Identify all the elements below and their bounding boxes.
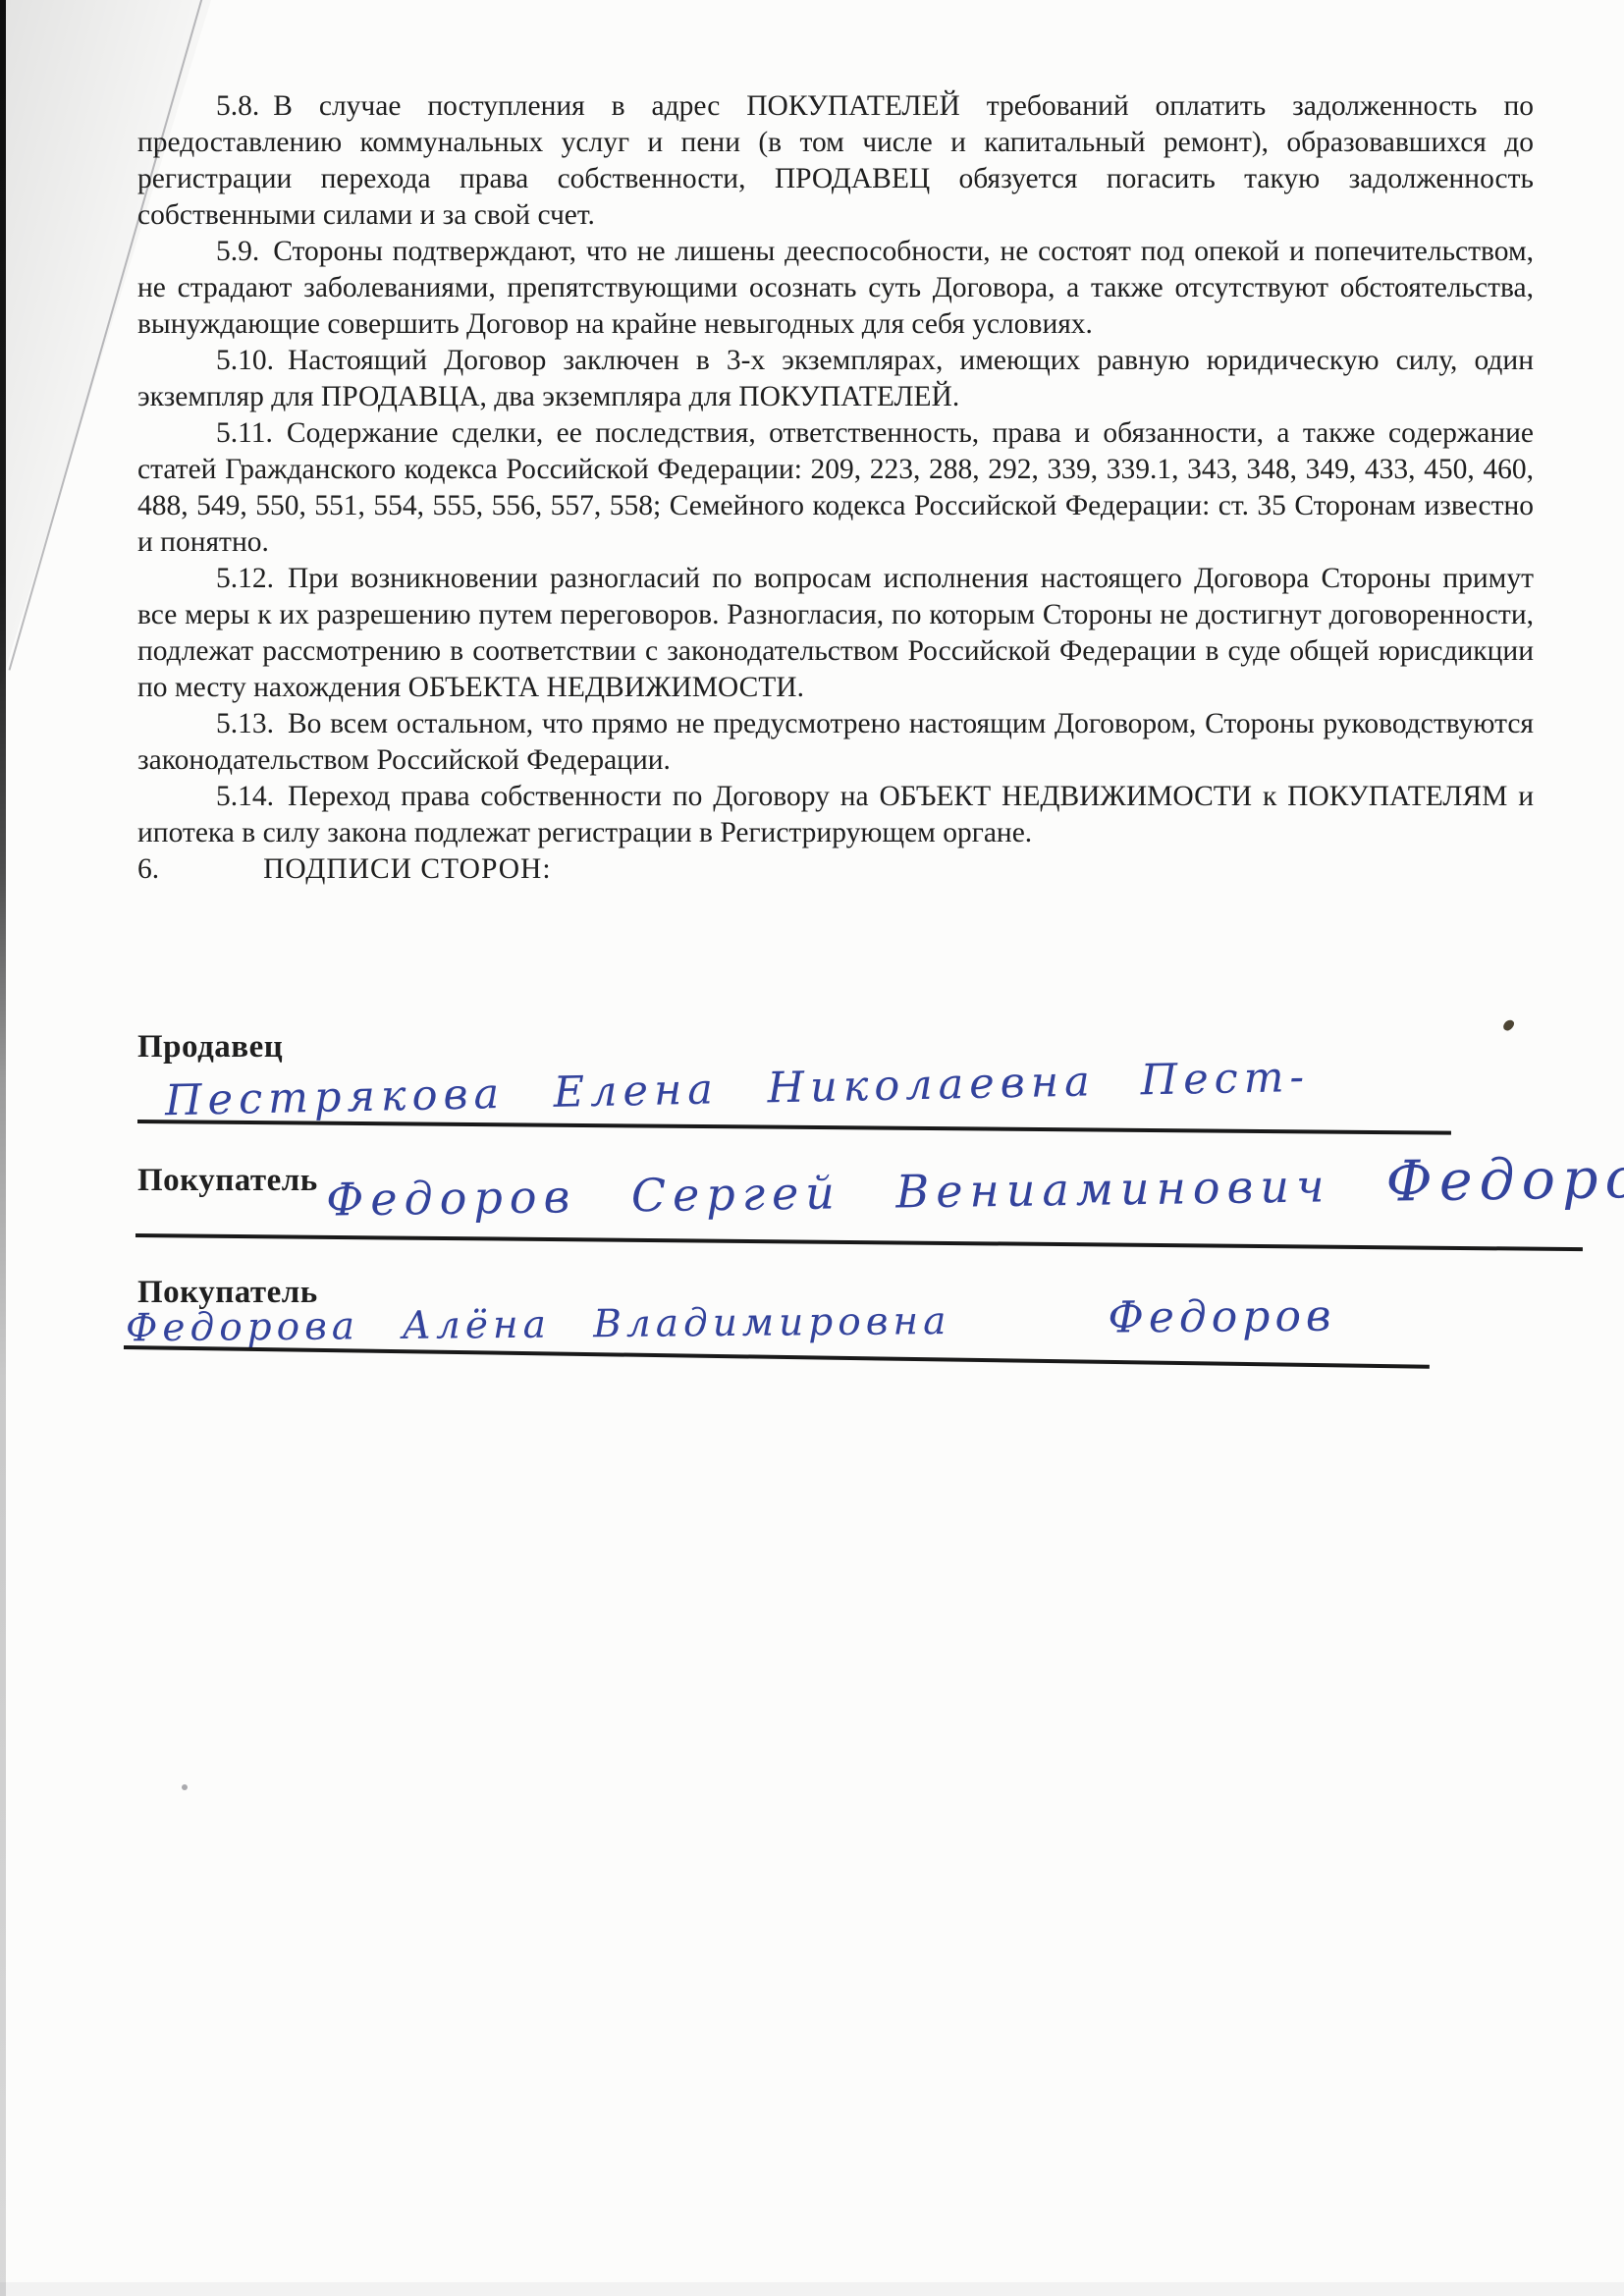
clause-5-10: 5.10.Настоящий Договор заключен в 3-х эк… [137, 343, 1534, 415]
ink-speck [182, 1784, 188, 1790]
section-title: ПОДПИСИ СТОРОН: [263, 853, 551, 885]
seller-handwritten-signature: Пестрякова Елена НиколаевнаПест- [165, 1053, 1311, 1125]
seller-role-label: Продавец [137, 1029, 283, 1066]
section-number: 6. [137, 853, 159, 885]
clause-text: Стороны подтверждают, что не лишены деес… [137, 236, 1534, 340]
clause-number: 5.9. [216, 236, 259, 267]
buyer1-signature-line [135, 1233, 1583, 1251]
clause-number: 5.8. [216, 90, 259, 122]
clause-number: 5.13. [216, 708, 274, 739]
seller-signature-paraph: Пест- [1140, 1053, 1310, 1106]
clause-number: 5.14. [216, 781, 274, 812]
clause-text: Переход права собственности по Договору … [137, 781, 1534, 848]
ink-speck [1501, 1018, 1515, 1033]
clause-text: При возникновении разногласий по вопроса… [137, 563, 1534, 703]
buyer1-handwritten-signature: Федоров Сергей ВениаминовичФедоров [326, 1145, 1624, 1229]
clause-5-8: 5.8.В случае поступления в адрес ПОКУПАТ… [137, 88, 1534, 234]
buyer2-handwritten-signature: Федорова Алёна ВладимировнаФедоров [126, 1291, 1336, 1352]
clause-5-9: 5.9.Стороны подтверждают, что не лишены … [137, 234, 1534, 343]
buyer2-signature-line [124, 1345, 1430, 1369]
buyer1-signature-name: Федоров Сергей Вениаминович [326, 1159, 1331, 1226]
clause-number: 5.10. [216, 345, 274, 376]
clause-number: 5.11. [216, 417, 273, 449]
buyer1-role-label: Покупатель [137, 1163, 318, 1199]
clause-number: 5.12. [216, 563, 274, 594]
contract-clauses: 5.8.В случае поступления в адрес ПОКУПАТ… [137, 88, 1534, 888]
seller-signature-line [137, 1120, 1451, 1135]
clause-text: Настоящий Договор заключен в 3-х экземпл… [137, 345, 1534, 412]
scan-bottom-edge-artifact [0, 2282, 1624, 2296]
clause-text: Содержание сделки, ее последствия, ответ… [137, 417, 1534, 558]
signatures-section-heading: 6.ПОДПИСИ СТОРОН: [137, 851, 1534, 888]
buyer2-signature-paraph: Федоров [1108, 1291, 1336, 1343]
clause-text: В случае поступления в адрес ПОКУПАТЕЛЕЙ… [137, 90, 1534, 231]
clause-5-14: 5.14.Переход права собственности по Дого… [137, 779, 1534, 851]
buyer1-signature-paraph: Федоров [1385, 1145, 1624, 1214]
scanned-contract-page: 5.8.В случае поступления в адрес ПОКУПАТ… [0, 0, 1624, 2296]
clause-text: Во всем остальном, что прямо не предусмо… [137, 708, 1534, 776]
buyer2-signature-name: Федорова Алёна Владимировна [126, 1299, 951, 1350]
clause-5-12: 5.12.При возникновении разногласий по во… [137, 561, 1534, 706]
clause-5-11: 5.11.Содержание сделки, ее последствия, … [137, 415, 1534, 561]
clause-5-13: 5.13.Во всем остальном, что прямо не пре… [137, 706, 1534, 779]
seller-signature-name: Пестрякова Елена Николаевна [165, 1057, 1097, 1125]
